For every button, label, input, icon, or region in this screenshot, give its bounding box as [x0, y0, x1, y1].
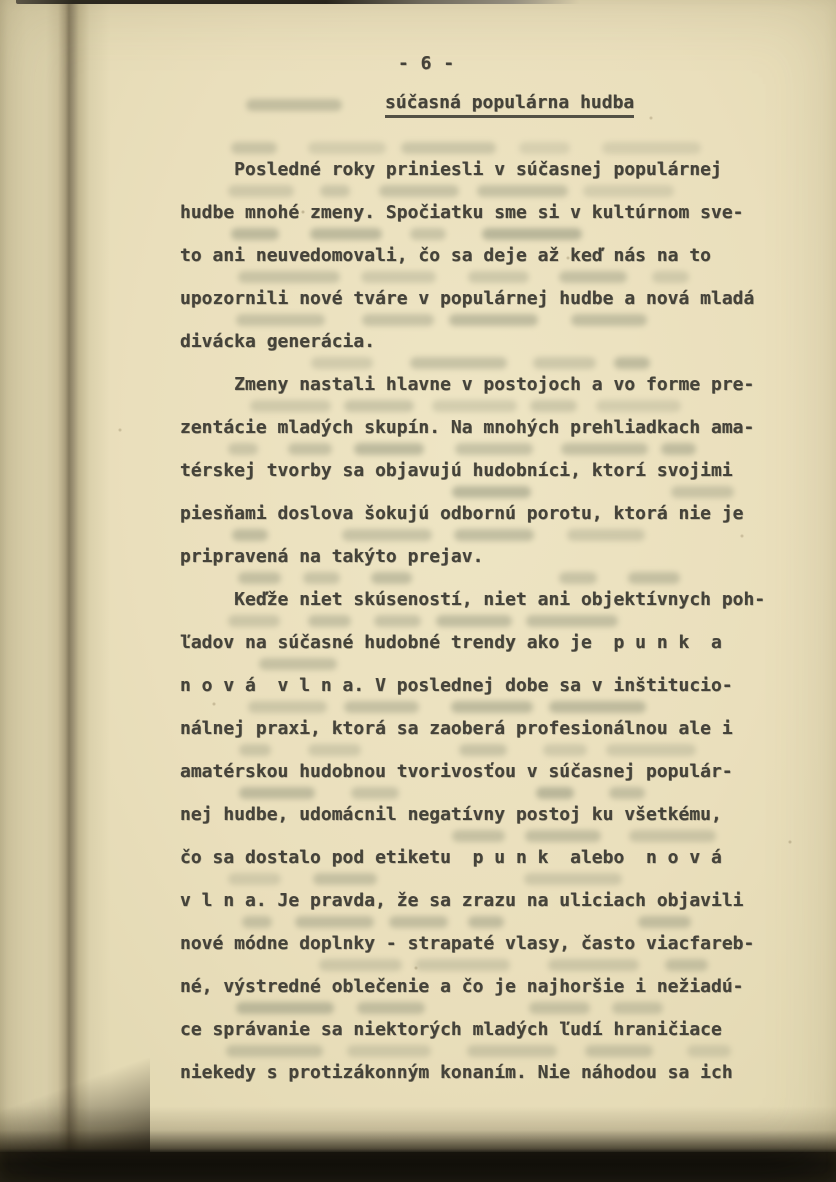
document-body: Posledné roky priniesli v súčasnej popul… — [180, 148, 800, 1094]
body-line: nálnej praxi, ktorá sa zaoberá profesion… — [180, 707, 800, 750]
page-bottom-shadow — [0, 1106, 836, 1154]
body-line: né, výstredné oblečenie a čo je najhorši… — [180, 965, 800, 1008]
body-line: v l n a. Je pravda, že sa zrazu na ulici… — [180, 879, 800, 922]
body-line: to ani neuvedomovali, čo sa deje až keď … — [180, 234, 800, 277]
body-line: upozornili nové tváre v populárnej hudbe… — [180, 277, 800, 320]
body-line: nej hudbe, udomácnil negatívny postoj ku… — [180, 793, 800, 836]
page-number: - 6 - — [398, 42, 455, 85]
body-line: hudbe mnohé zmeny. Spočiatku sme si v ku… — [180, 191, 800, 234]
body-line: Keďže niet skúseností, niet ani objektív… — [180, 578, 800, 621]
scan-bottom-edge — [0, 1152, 836, 1182]
body-line: térskej tvorby sa objavujú hudobníci, kt… — [180, 449, 800, 492]
body-line: Posledné roky priniesli v súčasnej popul… — [180, 148, 800, 191]
body-line: piesňami doslova šokujú odbornú porotu, … — [180, 492, 800, 535]
body-line: amatérskou hudobnou tvorivosťou v súčasn… — [180, 750, 800, 793]
book-spine-crease — [0, 0, 110, 1182]
body-line: n o v á v l n a. V poslednej dobe sa v i… — [180, 664, 800, 707]
scan-top-edge — [16, 0, 580, 4]
body-line: zentácie mladých skupín. Na mnohých preh… — [180, 406, 800, 449]
document-title: súčasná populárna hudba — [385, 92, 634, 118]
body-line: nové módne doplnky - strapaté vlasy, čas… — [180, 922, 800, 965]
body-line: čo sa dostalo pod etiketu p u n k alebo … — [180, 836, 800, 879]
body-line: divácka generácia. — [180, 320, 800, 363]
scanned-document-page: - 6 - súčasná populárna hudba Posledné r… — [0, 0, 836, 1182]
body-line: ce správanie sa niektorých mladých ľudí … — [180, 1008, 800, 1051]
body-line: ľadov na súčasné hudobné trendy ako je p… — [180, 621, 800, 664]
body-line: pripravená na takýto prejav. — [180, 535, 800, 578]
body-line: Zmeny nastali hlavne v postojoch a vo fo… — [180, 363, 800, 406]
body-line: niekedy s protizákonným konaním. Nie náh… — [180, 1051, 800, 1094]
